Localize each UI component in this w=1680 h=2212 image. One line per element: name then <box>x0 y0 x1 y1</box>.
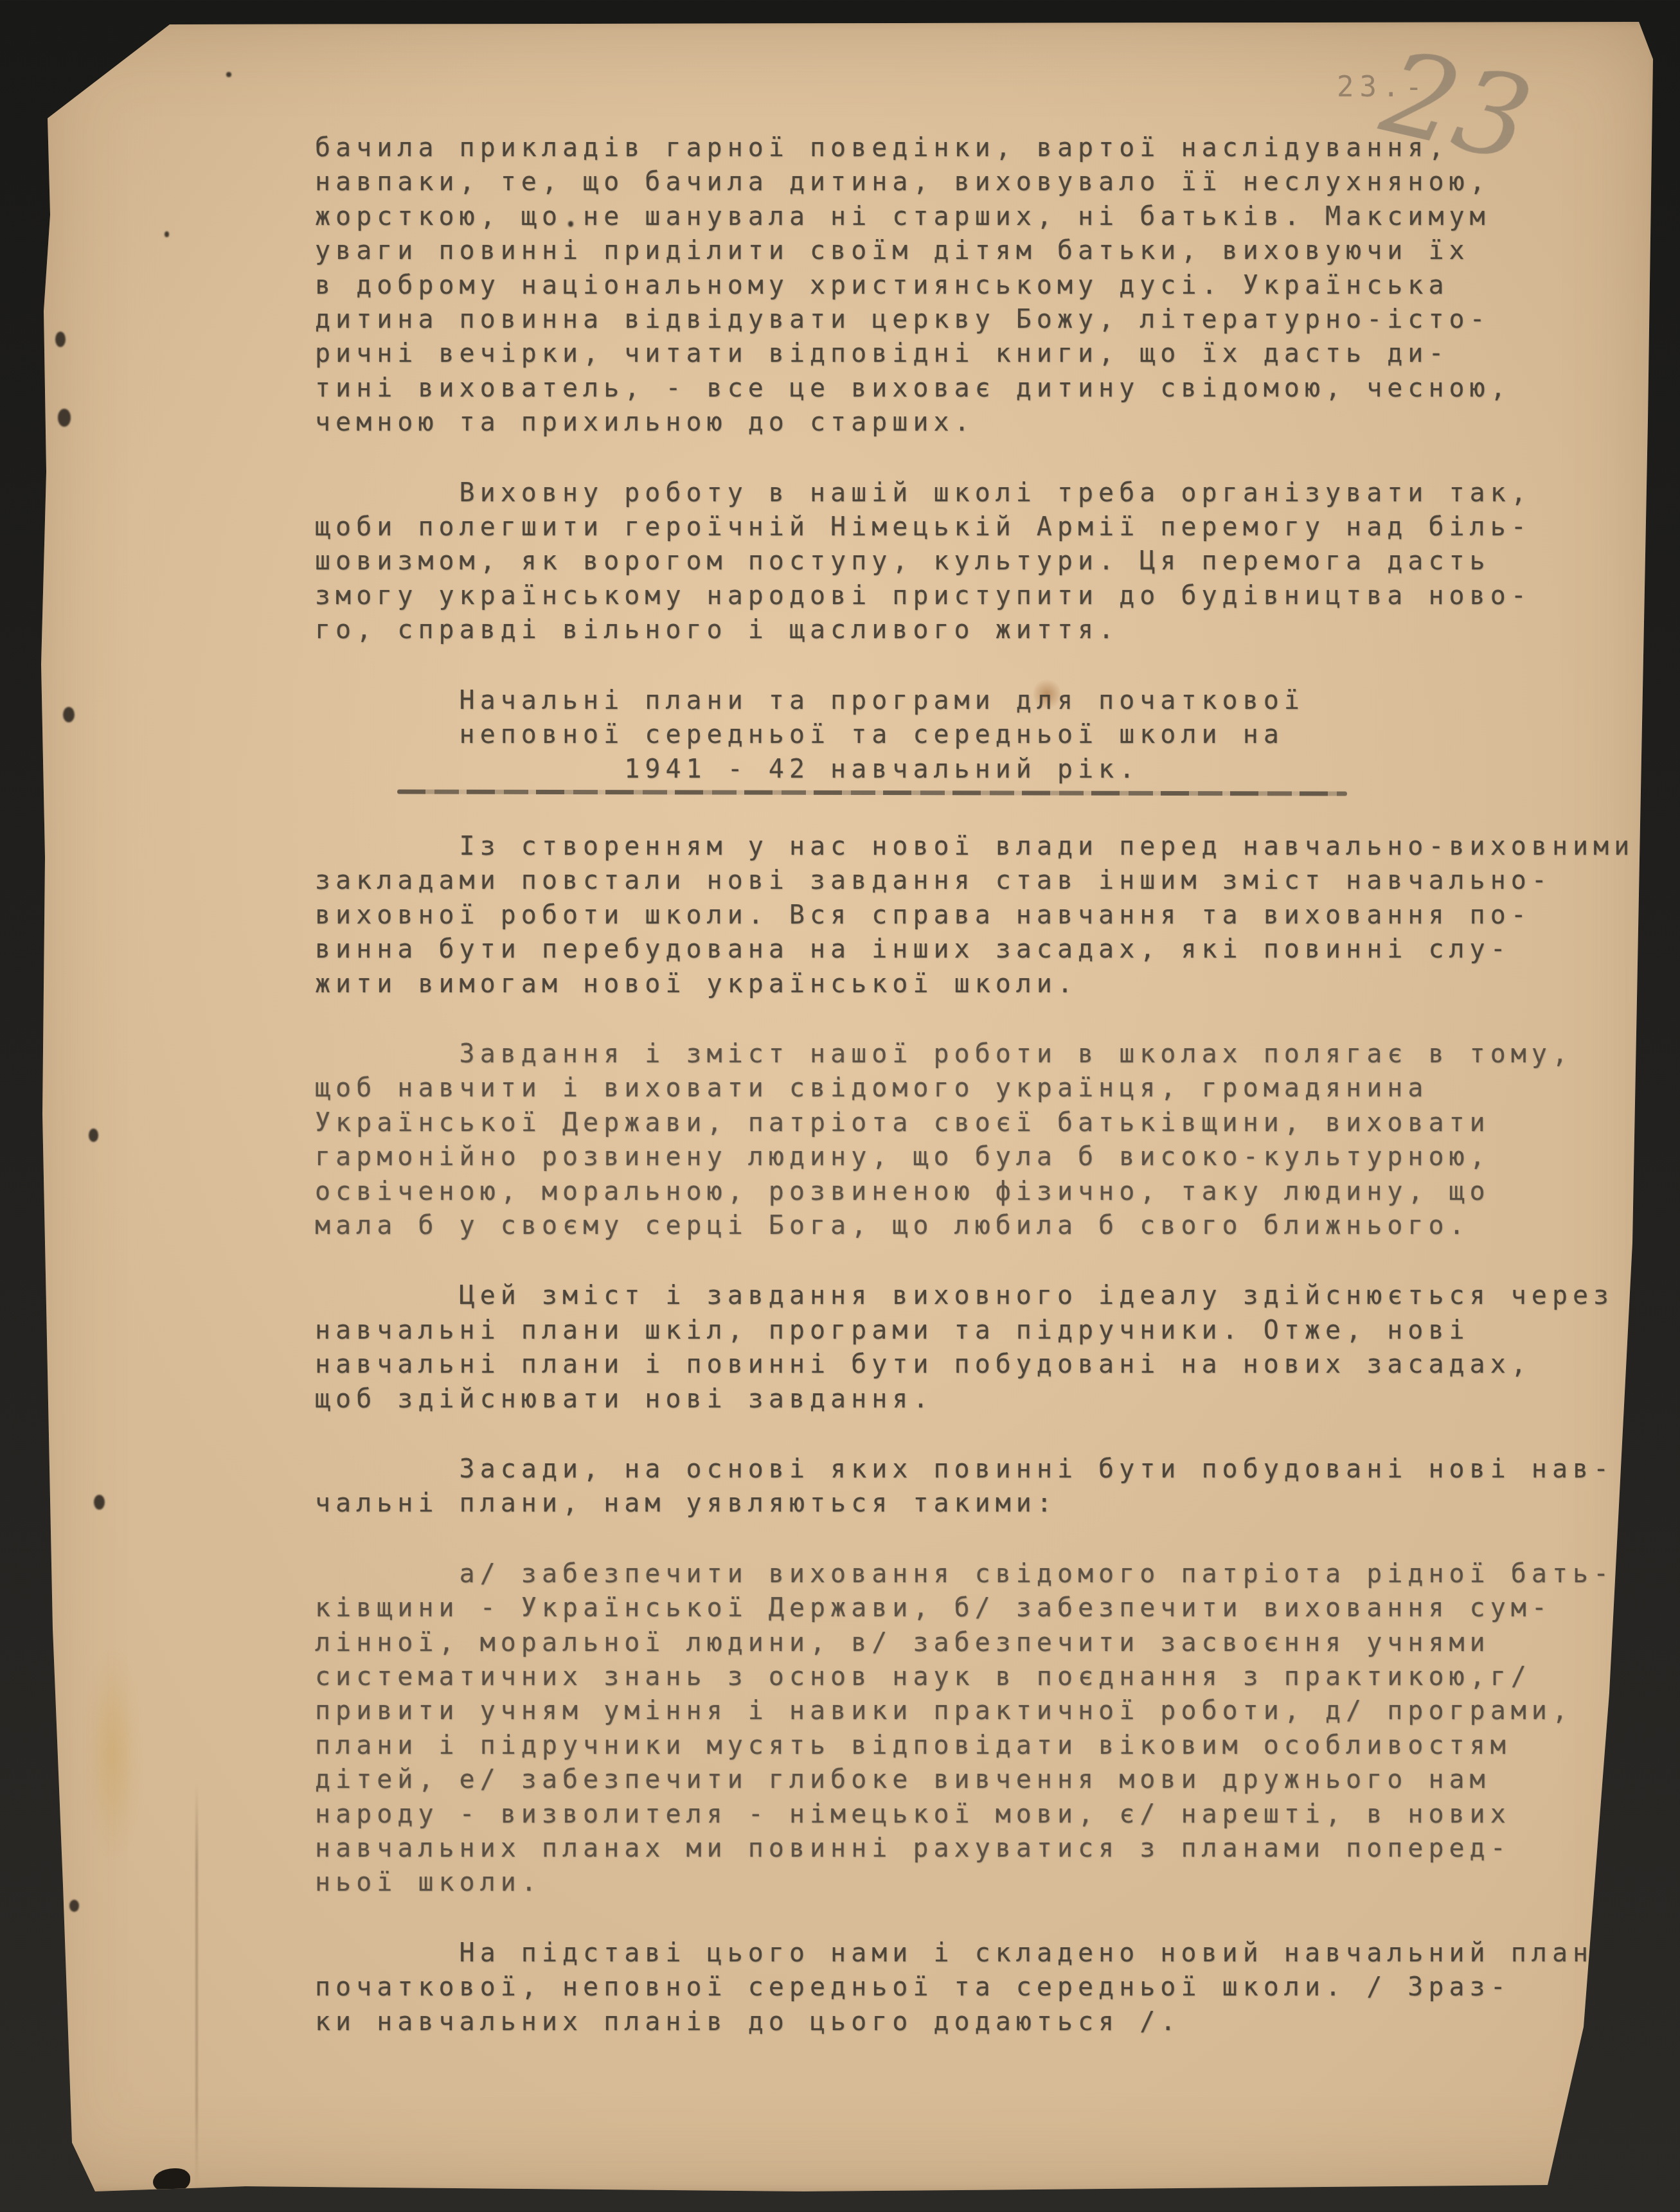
paragraph-6: Засади, на основі яких повинні бути побу… <box>315 1452 1680 1521</box>
ink-speck <box>89 1128 98 1142</box>
document-page: 23.- 23 бачила прикладів гарної поведінк… <box>33 22 1656 2191</box>
ink-speck <box>94 1495 105 1510</box>
ink-speck <box>165 231 169 237</box>
paragraph-8: На підставі цього нами і складено новий … <box>315 1936 1680 2039</box>
paragraph-2: Виховну роботу в нашій школі треба орган… <box>315 476 1680 648</box>
paragraph-5: Цей зміст і завдання виховного ідеалу зд… <box>315 1279 1680 1416</box>
scan-background: { "colors": { "background": "#21201e", "… <box>0 0 1680 2212</box>
ink-speck <box>226 72 231 77</box>
paragraph-4: Завдання і зміст нашої роботи в школах п… <box>315 1037 1680 1243</box>
ink-speck <box>55 332 66 347</box>
heading-underline <box>397 789 1347 796</box>
ink-speck <box>58 409 71 427</box>
paragraph-1: бачила прикладів гарної поведінки, варто… <box>315 131 1680 440</box>
pen-mark <box>1647 0 1680 49</box>
document-text: бачила прикладів гарної поведінки, варто… <box>315 131 1680 2075</box>
paragraph-7: а/ забезпечити виховання свідомого патрі… <box>315 1557 1680 1900</box>
ink-speck <box>63 707 75 722</box>
paragraph-3: Із створенням у нас нової влади перед на… <box>315 830 1680 1001</box>
section-heading: Начальні плани та програми для початково… <box>315 684 1680 787</box>
ink-speck <box>568 221 573 227</box>
paper-crease <box>195 1783 198 2189</box>
yellow-stain <box>87 1648 139 1860</box>
ink-speck <box>69 1900 79 1912</box>
ink-blob <box>153 2168 190 2193</box>
